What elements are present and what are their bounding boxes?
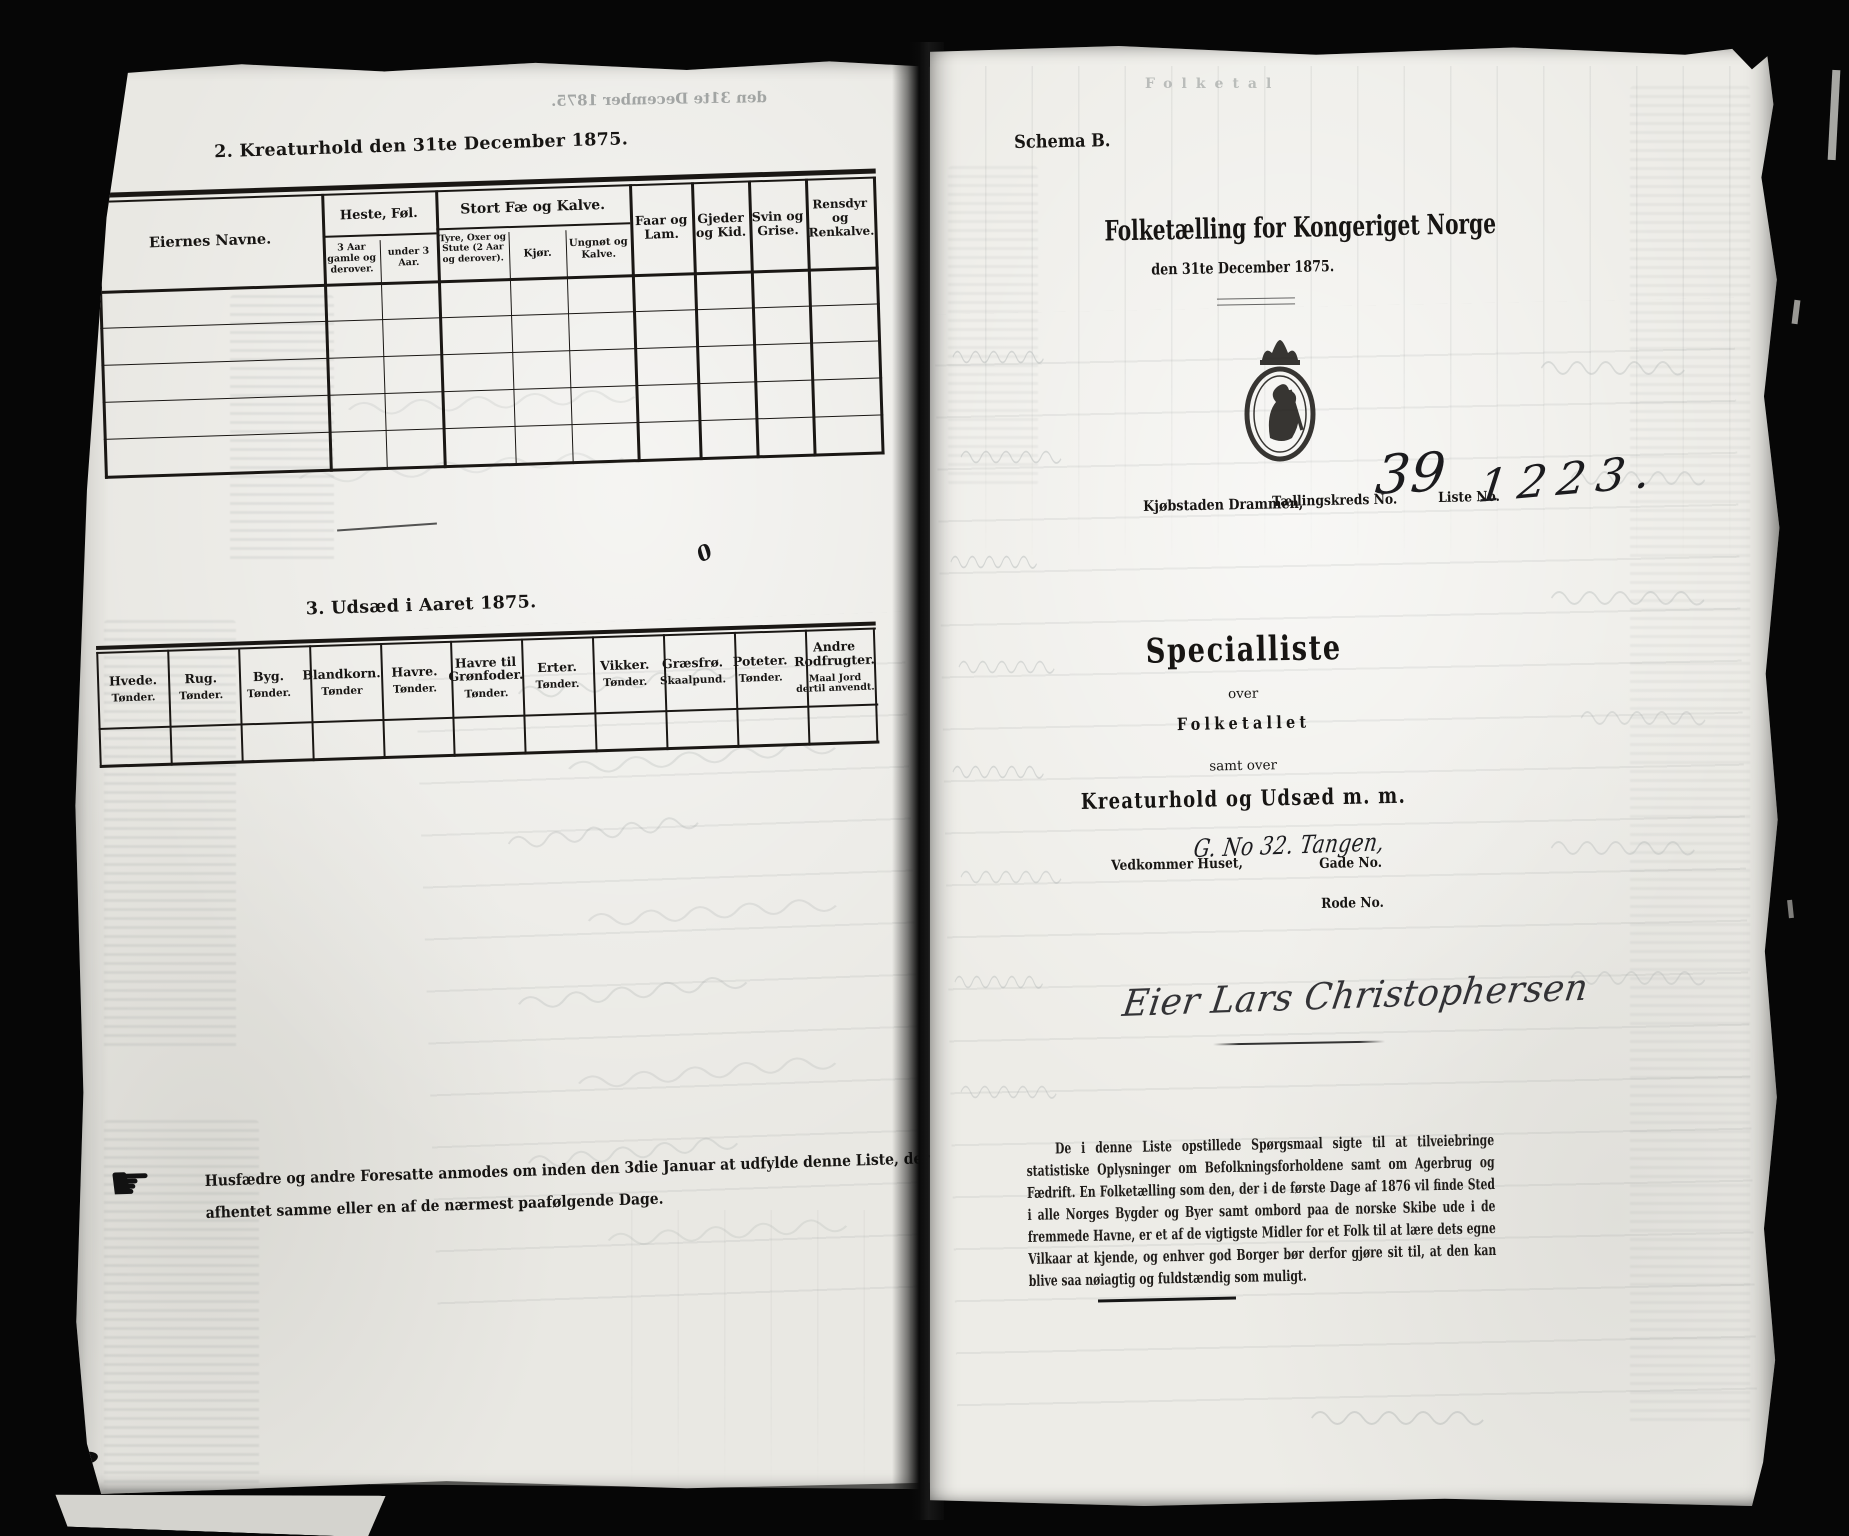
kreaturhold-table-title: 2. Kreaturhold den 31te December 1875. xyxy=(96,121,876,165)
table-column-line xyxy=(435,190,446,468)
column-header-sheep: Faar og Lam. xyxy=(632,212,691,243)
column-unit: Tønder. xyxy=(393,684,437,696)
bleedthrough-handwriting xyxy=(960,446,1065,468)
bleedthrough-column-lines xyxy=(586,1210,916,1490)
subtitle-text: den 31te December 1875. xyxy=(1151,256,1334,279)
column-name: Hvede. xyxy=(109,673,157,688)
handwritten-dash xyxy=(337,523,437,532)
schema-label: Schema B. xyxy=(1014,130,1111,153)
table-row-line xyxy=(104,414,884,440)
bleedthrough-handwriting xyxy=(954,971,1046,993)
column-name: Poteter. xyxy=(733,653,788,668)
subheader-horses-young: under 3 Aar. xyxy=(382,246,436,269)
footnote-line1: Husfædre og andre Foresatte anmodes om i… xyxy=(204,1146,995,1190)
norwegian-coat-of-arms xyxy=(1228,338,1332,468)
right-page: Folketal Schema B. Folketælling for Kong… xyxy=(930,46,1788,1506)
special-list-heading-text: Specialliste xyxy=(1145,628,1342,672)
udsaed-column-rodfrugter: Andre Rodfrugter.Maal Jord dertil anvend… xyxy=(793,630,876,705)
column-header-reindeer: Rensdyr og Renkalve. xyxy=(808,197,873,240)
subheader-cattle-cows: Kjør. xyxy=(511,246,564,260)
header-bottom-line xyxy=(99,266,879,293)
bleedthrough-handwriting xyxy=(1550,836,1700,860)
udsaed-column-gronfoder: Havre til Grønfoder.Tønder. xyxy=(447,641,524,715)
bleedthrough-handwriting xyxy=(1550,586,1710,610)
column-header-owner: Eiernes Navne. xyxy=(97,230,322,254)
column-name: Havre. xyxy=(391,664,437,679)
column-unit: Tønder. xyxy=(739,673,783,685)
udsaed-table: Hvede.Tønder. Rug.Tønder. Byg.Tønder. Bl… xyxy=(96,621,879,767)
gade-no-label: Gade No. xyxy=(1319,855,1382,872)
subheader-cattle-bulls: Tyre, Oxer og Stute (2 Aar og derover). xyxy=(438,232,507,265)
bleedthrough-mirrored-title: den 31te December 1875. xyxy=(551,88,767,110)
ink-blot xyxy=(75,1450,99,1466)
special-list-heading: Specialliste xyxy=(1028,626,1459,674)
subheader-horses-old: 3 Aar gamle og derover. xyxy=(325,242,379,276)
bleedthrough-handwriting xyxy=(1540,356,1690,380)
kreaturhold-table: Eiernes Navne. Heste, Føl. 3 Aar gamle o… xyxy=(96,168,885,478)
table-column-line xyxy=(508,232,517,466)
information-paragraph: De i denne Liste opstillede Spørgsmaal s… xyxy=(1026,1129,1497,1292)
bleedthrough-handwriting xyxy=(960,866,1065,888)
column-unit: Skaalpund. xyxy=(660,675,726,688)
column-unit: Tønder. xyxy=(535,679,579,691)
column-name: Erter. xyxy=(537,660,577,675)
bleedthrough-text-block xyxy=(948,166,1038,486)
scanned-census-document: den 31te December 1875. 2. Kreaturhold d… xyxy=(0,0,1849,1536)
bleedthrough-handwriting xyxy=(950,551,1040,573)
bleedthrough-handwriting xyxy=(952,346,1047,368)
table-row-line xyxy=(101,340,881,366)
column-name: Andre Rodfrugter. xyxy=(793,639,875,669)
torn-paper-speck xyxy=(1792,300,1801,325)
column-unit: Maal Jord dertil anvendt. xyxy=(795,672,876,694)
column-unit: Tønder. xyxy=(247,688,291,700)
rode-no-label: Rode No. xyxy=(1321,895,1384,912)
bleedthrough-handwriting xyxy=(1580,706,1710,730)
column-name: Byg. xyxy=(253,669,284,684)
column-name: Blandkorn. xyxy=(302,666,381,682)
torn-paper-speck xyxy=(1787,900,1794,918)
table-border-top xyxy=(96,168,876,197)
column-unit: Tønder. xyxy=(179,690,223,702)
udsaed-column-blandkorn: Blandkorn.Tønder xyxy=(301,645,381,719)
column-name: Græsfrø. xyxy=(662,655,723,671)
table-border-right xyxy=(873,177,884,455)
subheader-cattle-calves: Ungnøt og Kalve. xyxy=(568,236,630,261)
column-name: Vikker. xyxy=(600,657,650,672)
udsaed-column-erter: Erter.Tønder. xyxy=(522,638,592,712)
ink-blot xyxy=(72,1070,80,1084)
special-folketallet-text: Folketallet xyxy=(1176,713,1310,736)
udsaed-column-havre: Havre.Tønder. xyxy=(380,643,450,717)
bleedthrough-handwriting xyxy=(1570,966,1710,990)
udsaed-column-vikker: Vikker.Tønder. xyxy=(590,636,660,710)
left-page: den 31te December 1875. 2. Kreaturhold d… xyxy=(46,60,936,1494)
ink-blot xyxy=(51,1283,74,1314)
table-row-line xyxy=(100,303,880,329)
column-header-pigs: Svin og Grise. xyxy=(751,209,805,239)
column-name: Rug. xyxy=(184,671,217,686)
stray-zero-mark: 0 xyxy=(692,538,717,567)
bleedthrough-handwriting xyxy=(960,1081,1060,1103)
udsaed-column-poteter: Poteter.Tønder. xyxy=(725,632,795,706)
column-header-goats: Gjeder og Kid. xyxy=(694,211,748,241)
udsaed-column-graesfro: Græsfrø.Skaalpund. xyxy=(658,634,728,708)
group-header-horses: Heste, Føl. xyxy=(322,206,436,225)
column-unit: Tønder xyxy=(321,686,363,698)
column-name: Havre til Grønfoder. xyxy=(448,654,524,684)
footnote-line2: afhentet samme eller en af de nærmest pa… xyxy=(205,1189,663,1222)
udsaed-column-hvede: Hvede.Tønder. xyxy=(98,652,168,726)
column-unit: Tønder. xyxy=(111,693,155,705)
group-header-underline xyxy=(436,222,630,230)
udsaed-column-rug: Rug.Tønder. xyxy=(166,650,236,724)
udsaed-column-byg: Byg.Tønder. xyxy=(234,648,304,722)
bleedthrough-text-strip xyxy=(1630,86,1750,1426)
group-header-underline xyxy=(322,232,436,237)
bleedthrough-heading: Folketal xyxy=(1145,76,1280,92)
decorative-rule xyxy=(1217,297,1295,305)
table-column-line xyxy=(565,230,574,464)
group-header-cattle: Stort Fæ og Kalve. xyxy=(435,196,629,218)
column-unit: Tønder. xyxy=(464,688,508,700)
bleedthrough-handwriting xyxy=(1310,1406,1490,1430)
pointing-hand-icon: ☛ xyxy=(108,1159,153,1208)
table-row-line xyxy=(103,377,883,403)
column-unit: Tønder. xyxy=(603,677,647,689)
right-edge-sliver xyxy=(1828,70,1841,160)
